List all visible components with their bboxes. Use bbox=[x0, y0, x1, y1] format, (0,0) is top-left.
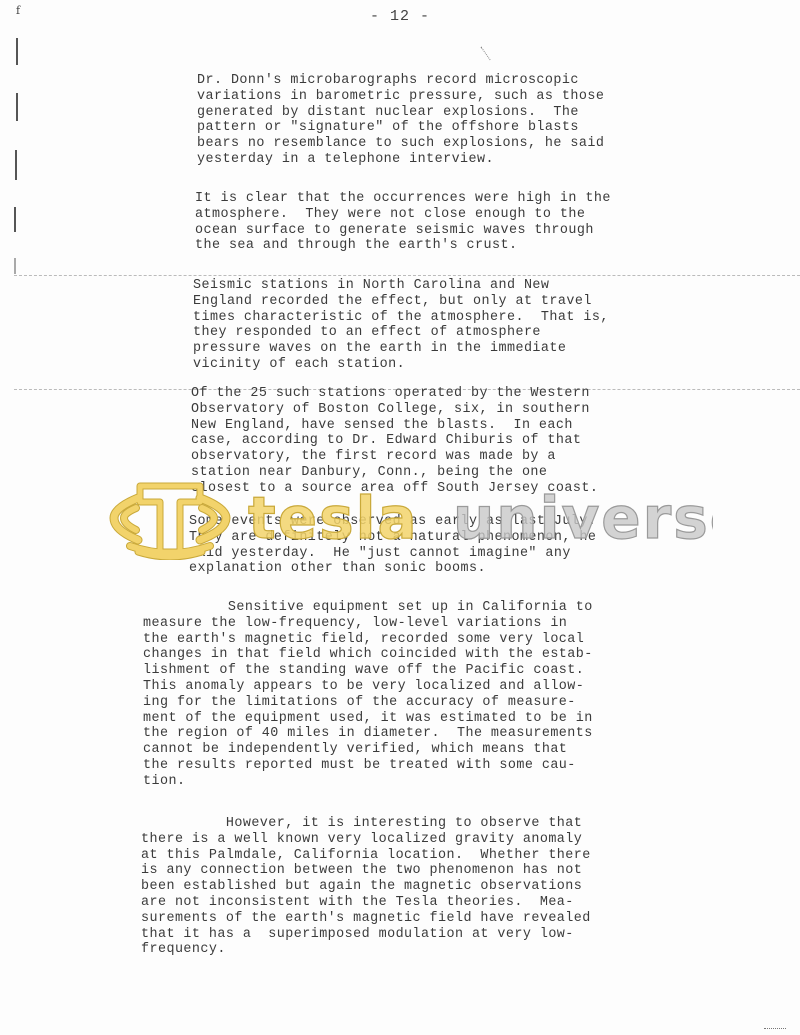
text-line: pattern or "signature" of the offshore b… bbox=[197, 120, 604, 136]
document-page: f - 12 - Dr. Donn's microbarographs reco… bbox=[0, 0, 800, 1035]
text-line: the earth's magnetic field, recorded som… bbox=[143, 632, 593, 648]
text-line: England recorded the effect, but only at… bbox=[193, 294, 609, 310]
text-line: the region of 40 miles in diameter. The … bbox=[143, 726, 593, 742]
text-line: station near Danbury, Conn., being the o… bbox=[191, 465, 598, 481]
text-line: frequency. bbox=[141, 942, 591, 958]
text-line: measure the low-frequency, low-level var… bbox=[143, 616, 593, 632]
paragraph-high-atmosphere: It is clear that the occurrences were hi… bbox=[195, 191, 611, 254]
text-line: are not inconsistent with the Tesla theo… bbox=[141, 895, 591, 911]
text-line: been established but again the magnetic … bbox=[141, 879, 591, 895]
page-number: - 12 - bbox=[0, 8, 800, 25]
text-line: pressure waves on the earth in the immed… bbox=[193, 341, 609, 357]
paragraph-early-july: Some events were observed as early as la… bbox=[189, 514, 596, 577]
text-line: Some events were observed as early as la… bbox=[189, 514, 596, 530]
text-line: observatory, the first record was made b… bbox=[191, 449, 598, 465]
text-line: bears no resemblance to such explosions,… bbox=[197, 136, 604, 152]
text-line: the results reported must be treated wit… bbox=[143, 758, 593, 774]
text-line: changes in that field which coincided wi… bbox=[143, 647, 593, 663]
text-line: case, according to Dr. Edward Chiburis o… bbox=[191, 433, 598, 449]
paragraph-palmdale-anomaly: However, it is interesting to observe th… bbox=[141, 816, 591, 958]
paragraph-weston-observatory: Of the 25 such stations operated by the … bbox=[191, 386, 598, 497]
text-line: Of the 25 such stations operated by the … bbox=[191, 386, 598, 402]
text-line: vicinity of each station. bbox=[193, 357, 609, 373]
text-line: ocean surface to generate seismic waves … bbox=[195, 223, 611, 239]
margin-bar bbox=[16, 93, 18, 121]
text-line: times characteristic of the atmosphere. … bbox=[193, 310, 609, 326]
text-line: This anomaly appears to be very localize… bbox=[143, 679, 593, 695]
margin-bar bbox=[15, 150, 17, 180]
text-line: However, it is interesting to observe th… bbox=[141, 816, 591, 832]
text-line: surements of the earth's magnetic field … bbox=[141, 911, 591, 927]
text-line: they responded to an effect of atmospher… bbox=[193, 325, 609, 341]
text-line: explanation other than sonic booms. bbox=[189, 561, 596, 577]
paragraph-seismic-stations: Seismic stations in North Carolina and N… bbox=[193, 278, 609, 373]
text-line: Seismic stations in North Carolina and N… bbox=[193, 278, 609, 294]
text-line: closest to a source area off South Jerse… bbox=[191, 481, 598, 497]
text-line: lishment of the standing wave off the Pa… bbox=[143, 663, 593, 679]
text-line: the sea and through the earth's crust. bbox=[195, 238, 611, 254]
text-line: cannot be independently verified, which … bbox=[143, 742, 593, 758]
paragraph-microbarographs: Dr. Donn's microbarographs record micros… bbox=[197, 73, 604, 168]
margin-bar bbox=[14, 258, 16, 274]
text-line: ing for the limitations of the accuracy … bbox=[143, 695, 593, 711]
margin-bar bbox=[16, 38, 18, 65]
text-line: tion. bbox=[143, 774, 593, 790]
text-line: Sensitive equipment set up in California… bbox=[143, 600, 593, 616]
text-line: generated by distant nuclear explosions.… bbox=[197, 105, 604, 121]
margin-bar bbox=[14, 207, 16, 232]
text-line: that it has a superimposed modulation at… bbox=[141, 927, 591, 943]
text-line: It is clear that the occurrences were hi… bbox=[195, 191, 611, 207]
text-line: yesterday in a telephone interview. bbox=[197, 152, 604, 168]
text-line: They are definitely not a natural phenom… bbox=[189, 530, 596, 546]
scan-dashed-line bbox=[14, 275, 800, 276]
text-line: Dr. Donn's microbarographs record micros… bbox=[197, 73, 604, 89]
text-line: ment of the equipment used, it was estim… bbox=[143, 711, 593, 727]
text-line: New England, have sensed the blasts. In … bbox=[191, 418, 598, 434]
text-line: atmosphere. They were not close enough t… bbox=[195, 207, 611, 223]
paragraph-california-equipment: Sensitive equipment set up in California… bbox=[143, 600, 593, 790]
text-line: variations in barometric pressure, such … bbox=[197, 89, 604, 105]
text-line: at this Palmdale, California location. W… bbox=[141, 848, 591, 864]
stray-pen-mark bbox=[481, 40, 501, 61]
text-line: there is a well known very localized gra… bbox=[141, 832, 591, 848]
text-line: said yesterday. He "just cannot imagine"… bbox=[189, 546, 596, 562]
text-line: Observatory of Boston College, six, in s… bbox=[191, 402, 598, 418]
text-line: is any connection between the two phenom… bbox=[141, 863, 591, 879]
corner-scribble bbox=[764, 1028, 786, 1032]
